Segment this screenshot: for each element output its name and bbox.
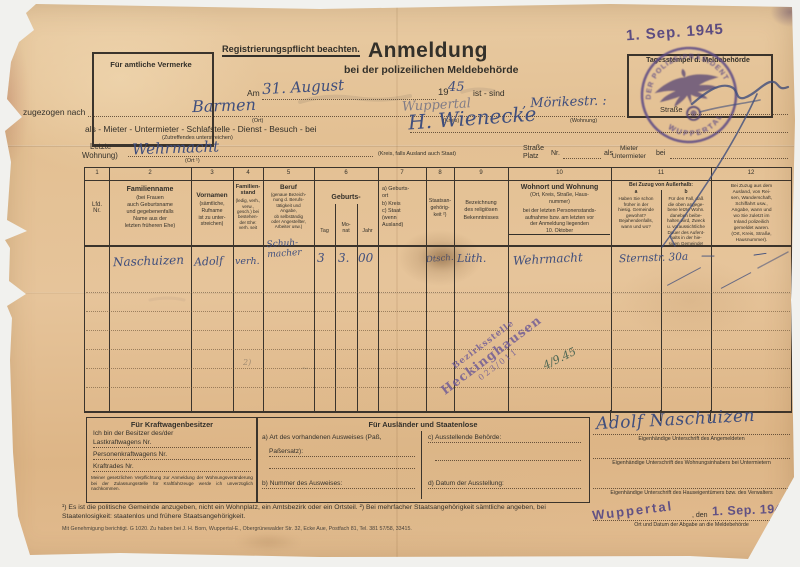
row1-wohnort: Wehrmacht bbox=[513, 250, 583, 268]
header-geburts-tag: Tag bbox=[314, 228, 335, 234]
strasse-label: Straße bbox=[660, 105, 683, 114]
col-number: 2 bbox=[109, 170, 191, 176]
zugezogen-label: zugezogen nach bbox=[23, 107, 85, 117]
pencil-note: 2) bbox=[243, 358, 251, 367]
col-number: 5 bbox=[263, 170, 314, 176]
stain bbox=[236, 533, 300, 551]
header-wohnort-sub2: bei der letzten Personenstands- aufnahme… bbox=[509, 208, 610, 228]
header-lfd-nr: Lfd. Nr. bbox=[85, 202, 109, 214]
signature-line bbox=[593, 520, 790, 521]
header-wohnort: Wohnort und Wohnung (Ort, Kreis, Straße,… bbox=[509, 184, 610, 235]
imprint-text: Mit Genehmigung berichtigt. G 1020. Zu h… bbox=[62, 526, 590, 532]
pen-slash bbox=[721, 272, 751, 289]
kfz-box: Für Kraftwagenbesitzer Ich bin der Besit… bbox=[86, 417, 258, 503]
auslaender-b: b) Nummer des Ausweises: bbox=[262, 480, 415, 489]
auslaender-c: c) Ausstellende Behörde: bbox=[428, 434, 581, 443]
date-line-year-prefix: 19 bbox=[438, 87, 449, 98]
header-familienstand: Familien- stand (ledig, verh., verw., ge… bbox=[234, 184, 262, 231]
header-vornamen: Vornamen (sämtliche, Rufname ist zu unte… bbox=[192, 192, 232, 228]
row1-geburtsmonat: 3. bbox=[338, 251, 349, 265]
form-title: Anmeldung bbox=[368, 39, 488, 63]
kfz-lkw: Lastkraftwagens Nr. bbox=[93, 439, 251, 448]
col-number: 6 bbox=[314, 170, 378, 176]
header-vornamen-title: Vornamen bbox=[192, 192, 232, 199]
header-bekenntnis: Bezeichnung des religiösen Bekenntnisses bbox=[455, 200, 507, 222]
header-zuzug-head: Bei Zuzug von Außerhalb: bbox=[611, 182, 711, 188]
header-geburts: Geburts- bbox=[314, 194, 378, 201]
row1-dash-b: — bbox=[752, 245, 768, 263]
den-label: , den bbox=[692, 512, 708, 519]
kfz-pkw: Personenkraftwagens Nr. bbox=[93, 451, 251, 460]
wohnung-label: (Wohnung) bbox=[570, 118, 597, 124]
registration-notice: Registrierungspflicht beachten. bbox=[222, 44, 360, 57]
mieter-label: Mieter bbox=[620, 145, 638, 152]
dotted-line bbox=[435, 460, 581, 461]
auslaender-title: Für Ausländer und Staatenlose bbox=[257, 420, 589, 429]
col-number: 8 bbox=[426, 170, 454, 176]
scanned-registration-form: Für amtliche Vermerke Registrierungspfli… bbox=[0, 0, 800, 567]
auslaender-divider bbox=[421, 431, 422, 499]
stain bbox=[420, 243, 466, 271]
pencil-tick: ∼ bbox=[301, 364, 309, 374]
paper-sheet: Für amtliche Vermerke Registrierungspfli… bbox=[0, 0, 800, 567]
col-number: 4 bbox=[233, 170, 263, 176]
date-line-ist-sind: ist - sind bbox=[473, 88, 505, 98]
kreis-ausland-label: (Kreis, falls Ausland auch Staat) bbox=[378, 151, 456, 157]
als-mieter-line: als - Mieter - Untermieter - Schlafstell… bbox=[85, 124, 316, 134]
kfz-pkw-label: Personenkraftwagens Nr. bbox=[93, 451, 167, 458]
letzte-label-2: Wohnung) bbox=[82, 151, 118, 160]
dotted-line bbox=[670, 158, 788, 159]
row1-geburtstag: 3 bbox=[317, 251, 325, 265]
col-number: 7 bbox=[378, 170, 426, 176]
header-geburts-title: Geburts- bbox=[314, 194, 378, 201]
signature-line bbox=[593, 488, 790, 489]
header-beruf: Beruf (genaue Bezeich- nung d. Berufs- t… bbox=[264, 184, 313, 230]
signature-line bbox=[593, 458, 790, 459]
auslaender-d: d) Datum der Ausstellung: bbox=[428, 480, 581, 489]
header-familienname-title: Familienname bbox=[110, 186, 190, 193]
auslaender-a1: a) Art des vorhandenen Ausweises (Paß, bbox=[262, 434, 382, 441]
header-familienname-sub: (bei Frauen auch Geburtsname und gegeben… bbox=[110, 195, 190, 230]
signature-label-2: Eigenhändige Unterschrift des Wohnungsin… bbox=[603, 460, 780, 467]
dotted-line bbox=[128, 156, 373, 157]
header-familienstand-title: Familien- stand bbox=[234, 184, 262, 196]
header-zuzug-a-text: Haben Sie schon früher in der hiesig. Ge… bbox=[612, 196, 660, 230]
kfz-fine-print: Meiner gesetzlichen Verpflichtung zur An… bbox=[91, 475, 253, 492]
header-wohnort-title: Wohnort und Wohnung bbox=[509, 184, 610, 191]
header-wohnort-sub: (Ort, Kreis, Straße, Haus- nummer) bbox=[509, 192, 610, 205]
row1-familienstand: verh. bbox=[235, 256, 260, 267]
dotted-line bbox=[88, 116, 625, 117]
col-number: 10 bbox=[508, 170, 611, 176]
handwritten-year: 45 bbox=[448, 80, 465, 95]
kfz-title: Für Kraftwagenbesitzer bbox=[87, 420, 257, 429]
untermieter-label: Untermieter bbox=[612, 153, 646, 160]
header-beruf-sub: (genaue Bezeich- nung d. Berufs- tätigke… bbox=[264, 192, 313, 230]
header-familienname: Familienname (bei Frauen auch Geburtsnam… bbox=[110, 186, 190, 230]
dotted-line bbox=[269, 468, 415, 469]
row1-zuzug-strasse: Sternstr. 30a bbox=[619, 251, 689, 265]
row1-geburtsjahr: 00 bbox=[358, 251, 373, 265]
signature-line bbox=[593, 434, 790, 435]
header-geburtsort: a) Geburts- ort b) Kreis c) Staat (wenn … bbox=[379, 186, 428, 230]
header-zuzug-a-label: a bbox=[611, 189, 661, 195]
header-geburts-monat: Mo- nat bbox=[335, 222, 357, 235]
auslaender-a2: Paßersatz): bbox=[269, 448, 415, 457]
auslaender-c-label: c) Ausstellende Behörde: bbox=[428, 434, 501, 441]
kfz-intro: Ich bin der Besitzer des/der bbox=[93, 430, 257, 437]
row1-vorname: Adolf bbox=[194, 254, 224, 269]
signature-label-1: Eigenhändige Unterschrift des Angemeldet… bbox=[593, 436, 790, 442]
auslaender-box: Für Ausländer und Staatenlose a) Art des… bbox=[256, 417, 590, 503]
date-stamp-bottom: 1. Sep. 1945 bbox=[712, 502, 790, 519]
handwritten-ort: Barmen bbox=[192, 95, 257, 116]
header-ausland: Bei Zuzug aus dem Ausland, von Rei- sen,… bbox=[713, 184, 790, 244]
ort-datum-label: Ort und Datum der Abgabe an die Meldebeh… bbox=[593, 522, 790, 528]
handwritten-move-date: 31. August bbox=[262, 76, 345, 98]
letzte-label-1: Letzte bbox=[90, 142, 111, 151]
row1-familienname: Naschuizen bbox=[113, 253, 184, 269]
number-strip-line bbox=[85, 180, 791, 181]
ort1-label: (Ort ¹) bbox=[185, 158, 200, 164]
nr-label: Nr. bbox=[551, 150, 560, 157]
header-beruf-title: Beruf bbox=[264, 184, 313, 191]
kfz-kraftrad: Kraftrades Nr. bbox=[93, 463, 251, 472]
kfz-kraftrad-label: Kraftrades Nr. bbox=[93, 463, 134, 470]
header-geburts-jahr: Jahr bbox=[357, 228, 378, 234]
dotted-line bbox=[688, 114, 788, 115]
bei-label: bei bbox=[656, 150, 665, 157]
col-number: 12 bbox=[711, 170, 791, 176]
header-zuzug-b-text: Für den Fall, daß die oben angege- bene … bbox=[662, 196, 710, 246]
col-number: 9 bbox=[454, 170, 508, 176]
strasse2-label-a: Straße bbox=[523, 145, 544, 152]
form-subtitle: bei der polizeilichen Meldebehörde bbox=[344, 64, 518, 76]
official-notes-label: Für amtliche Vermerke bbox=[92, 60, 210, 69]
header-zuzug-b-label: b bbox=[661, 189, 711, 195]
header-vornamen-sub: (sämtliche, Rufname ist zu unter- streic… bbox=[192, 201, 232, 228]
auslaender-a2-label: Paßersatz): bbox=[269, 448, 303, 455]
auslaender-d-label: d) Datum der Ausstellung: bbox=[428, 480, 504, 487]
signature-label-3: Eigenhändige Unterschrift des Hauseigent… bbox=[603, 490, 780, 497]
dotted-line bbox=[410, 132, 788, 133]
eagle-round-stamp: DER POLIZEIPRÄSIDENT WUPPERTAL bbox=[625, 31, 753, 159]
auslaender-b-label: b) Nummer des Ausweises: bbox=[262, 480, 342, 487]
col-number: 1 bbox=[85, 170, 109, 176]
row1-dash-a: — bbox=[701, 248, 715, 264]
pen-slash bbox=[667, 267, 701, 286]
footnote-text: ¹) Es ist die politische Gemeinde anzuge… bbox=[62, 503, 590, 521]
kfz-lkw-label: Lastkraftwagens Nr. bbox=[93, 439, 151, 446]
header-wohnort-oktober: 10. Oktober bbox=[509, 228, 610, 235]
strasse2-label-b: Platz bbox=[523, 153, 539, 160]
col-number: 3 bbox=[191, 170, 233, 176]
dotted-line bbox=[563, 158, 601, 159]
header-staatsangehoerigkeit: Staatsan- gehörig- keit ²) bbox=[427, 198, 453, 219]
header-familienstand-sub: (ledig, verh., verw., gesch.) bei besteh… bbox=[234, 198, 262, 230]
col-number: 11 bbox=[611, 170, 711, 176]
row1-beruf: Schuh- macher bbox=[266, 239, 302, 261]
